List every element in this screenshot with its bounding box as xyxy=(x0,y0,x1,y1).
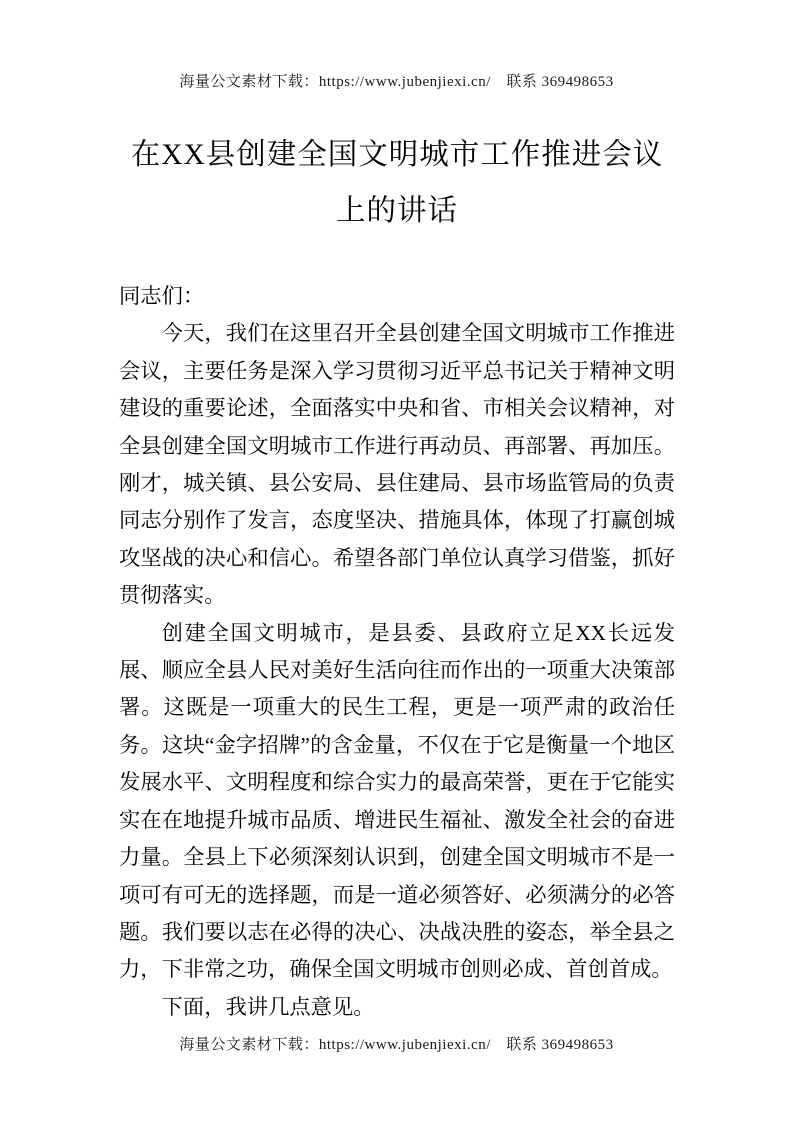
document-body: 同志们： 今天，我们在这里召开全县创建全国文明城市工作推进会议，主要任务是深入学… xyxy=(119,278,675,1026)
document-page: 海量公文素材下载：https://www.jubenjiexi.cn/ 联系 3… xyxy=(0,0,793,1122)
page-footer-watermark: 海量公文素材下载：https://www.jubenjiexi.cn/ 联系 3… xyxy=(0,1033,793,1054)
closing-paragraph: 下面，我讲几点意见。 xyxy=(119,989,675,1026)
body-paragraph: 今天，我们在这里召开全县创建全国文明城市工作推进会议，主要任务是深入学习贯彻习近… xyxy=(119,315,675,614)
page-header-watermark: 海量公文素材下载：https://www.jubenjiexi.cn/ 联系 3… xyxy=(0,70,793,91)
salutation-paragraph: 同志们： xyxy=(119,278,675,315)
body-paragraph: 创建全国文明城市，是县委、县政府立足XX长远发展、顺应全县人民对美好生活向往而作… xyxy=(119,615,675,989)
page-title: 在XX县创建全国文明城市工作推进会议上的讲话 xyxy=(119,127,675,239)
